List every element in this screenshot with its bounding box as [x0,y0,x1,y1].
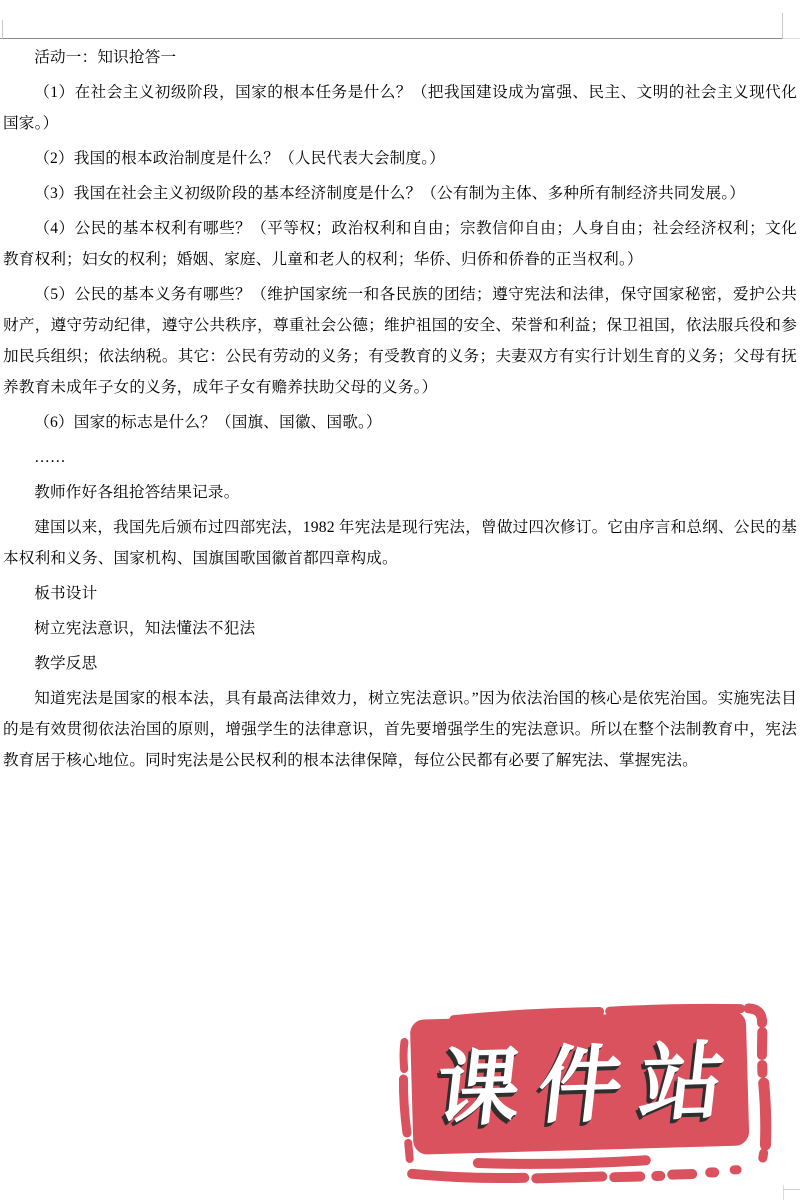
page-top-rule-extension [783,38,800,39]
stamp-label: 课件站 [412,1034,748,1131]
document-body: 活动一：知识抢答一 （1）在社会主义初级阶段，国家的根本任务是什么？（把我国建设… [0,42,800,780]
paragraph-question-4: （4）公民的基本权利有哪些？（平等权；政治权利和自由；宗教信仰自由；人身自由；社… [3,213,797,275]
paragraph-question-1: （1）在社会主义初级阶段，国家的根本任务是什么？（把我国建设成为富强、民主、文明… [3,77,797,139]
paragraph-question-5: （5）公民的基本义务有哪些？（维护国家统一和各民族的团结；遵守宪法和法律，保守国… [3,279,797,403]
paragraph-teaching-reflection-content: 知道宪法是国家的根本法，具有最高法律效力，树立宪法意识。”因为依法治国的核心是依… [3,683,797,776]
paragraph-board-design-content: 树立宪法意识，知法懂法不犯法 [3,613,797,644]
watermark-stamp: 课件站 [394,999,775,1193]
page-margin-mark-top-right [782,13,783,39]
paragraph-teacher-note: 教师作好各组抢答结果记录。 [3,477,797,508]
page-margin-mark-bottom-right-vertical [783,1185,784,1200]
paragraph-ellipsis: …… [3,442,797,473]
page-margin-mark-bottom-right-horizontal [783,1189,800,1190]
page-top-rule [0,38,783,39]
paragraph-question-3: （3）我国在社会主义初级阶段的基本经济制度是什么？（公有制为主体、多种所有制经济… [3,178,797,209]
stamp-background: 课件站 [410,1010,750,1154]
paragraph-constitution-history: 建国以来，我国先后颁布过四部宪法，1982 年宪法是现行宪法，曾做过四次修订。它… [3,512,797,574]
page-margin-mark-top-left [2,20,3,39]
paragraph-question-2: （2）我国的根本政治制度是什么？（人民代表大会制度。） [3,143,797,174]
paragraph-teaching-reflection-heading: 教学反思 [3,648,797,679]
paragraph-question-6: （6）国家的标志是什么？（国旗、国徽、国歌。） [3,407,797,438]
paragraph-board-design-heading: 板书设计 [3,578,797,609]
paragraph-activity-heading: 活动一：知识抢答一 [3,42,797,73]
